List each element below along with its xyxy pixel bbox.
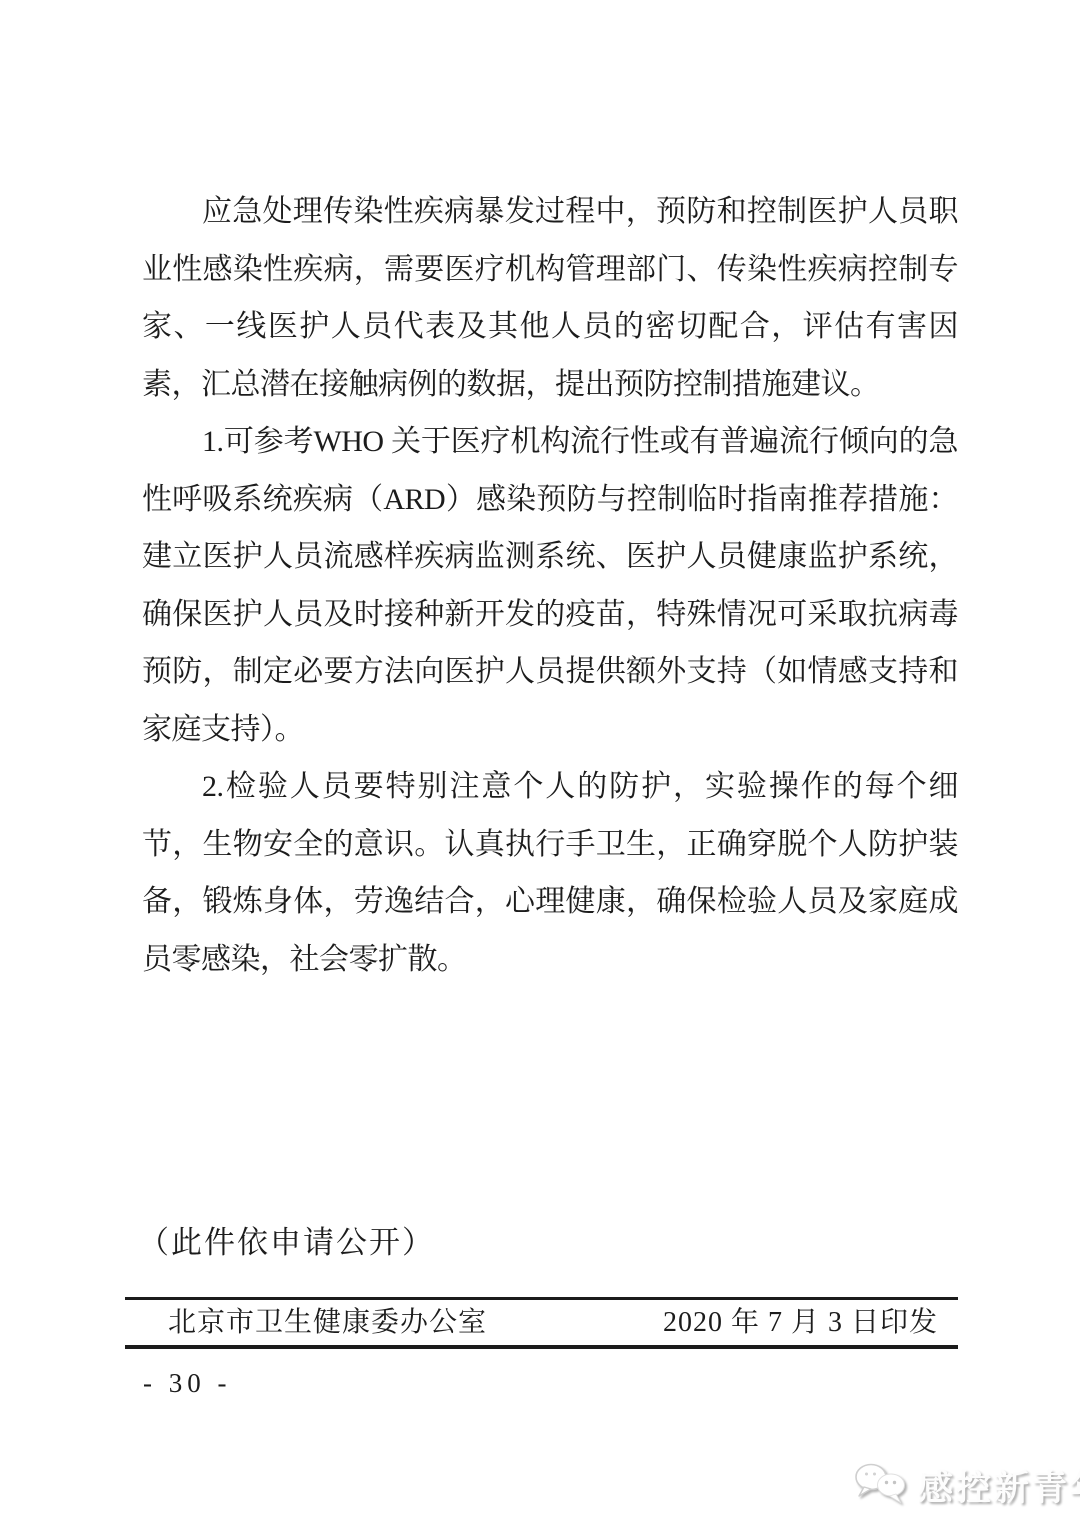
issuing-office: 北京市卫生健康委办公室 <box>125 1303 487 1343</box>
footer-bottom-rule <box>125 1345 958 1349</box>
document-body: 应急处理传染性疾病暴发过程中，预防和控制医护人员职业性感染性疾病，需要医疗机构管… <box>142 183 958 988</box>
paragraph-3: 2.检验人员要特别注意个人的防护，实验操作的每个细节，生物安全的意识。认真执行手… <box>142 758 958 988</box>
watermark: 感控新青年 <box>854 1461 1080 1511</box>
paragraph-1: 应急处理传染性疾病暴发过程中，预防和控制医护人员职业性感染性疾病，需要医疗机构管… <box>142 183 958 413</box>
print-date: 2020 年 7 月 3 日印发 <box>663 1303 958 1343</box>
paragraph-2: 1.可参考WHO 关于医疗机构流行性或有普遍流行倾向的急性呼吸系统疾病（ARD）… <box>142 413 958 758</box>
footer-top-rule <box>125 1297 958 1300</box>
footer: 北京市卫生健康委办公室 2020 年 7 月 3 日印发 <box>125 1302 958 1343</box>
watermark-text: 感控新青年 <box>918 1461 1080 1511</box>
disclosure-note: （此件依申请公开） <box>138 1217 435 1262</box>
wechat-icon <box>854 1462 912 1510</box>
document-page: 应急处理传染性疾病暴发过程中，预防和控制医护人员职业性感染性疾病，需要医疗机构管… <box>0 0 1080 1527</box>
page-number: - 30 - <box>143 1368 231 1399</box>
